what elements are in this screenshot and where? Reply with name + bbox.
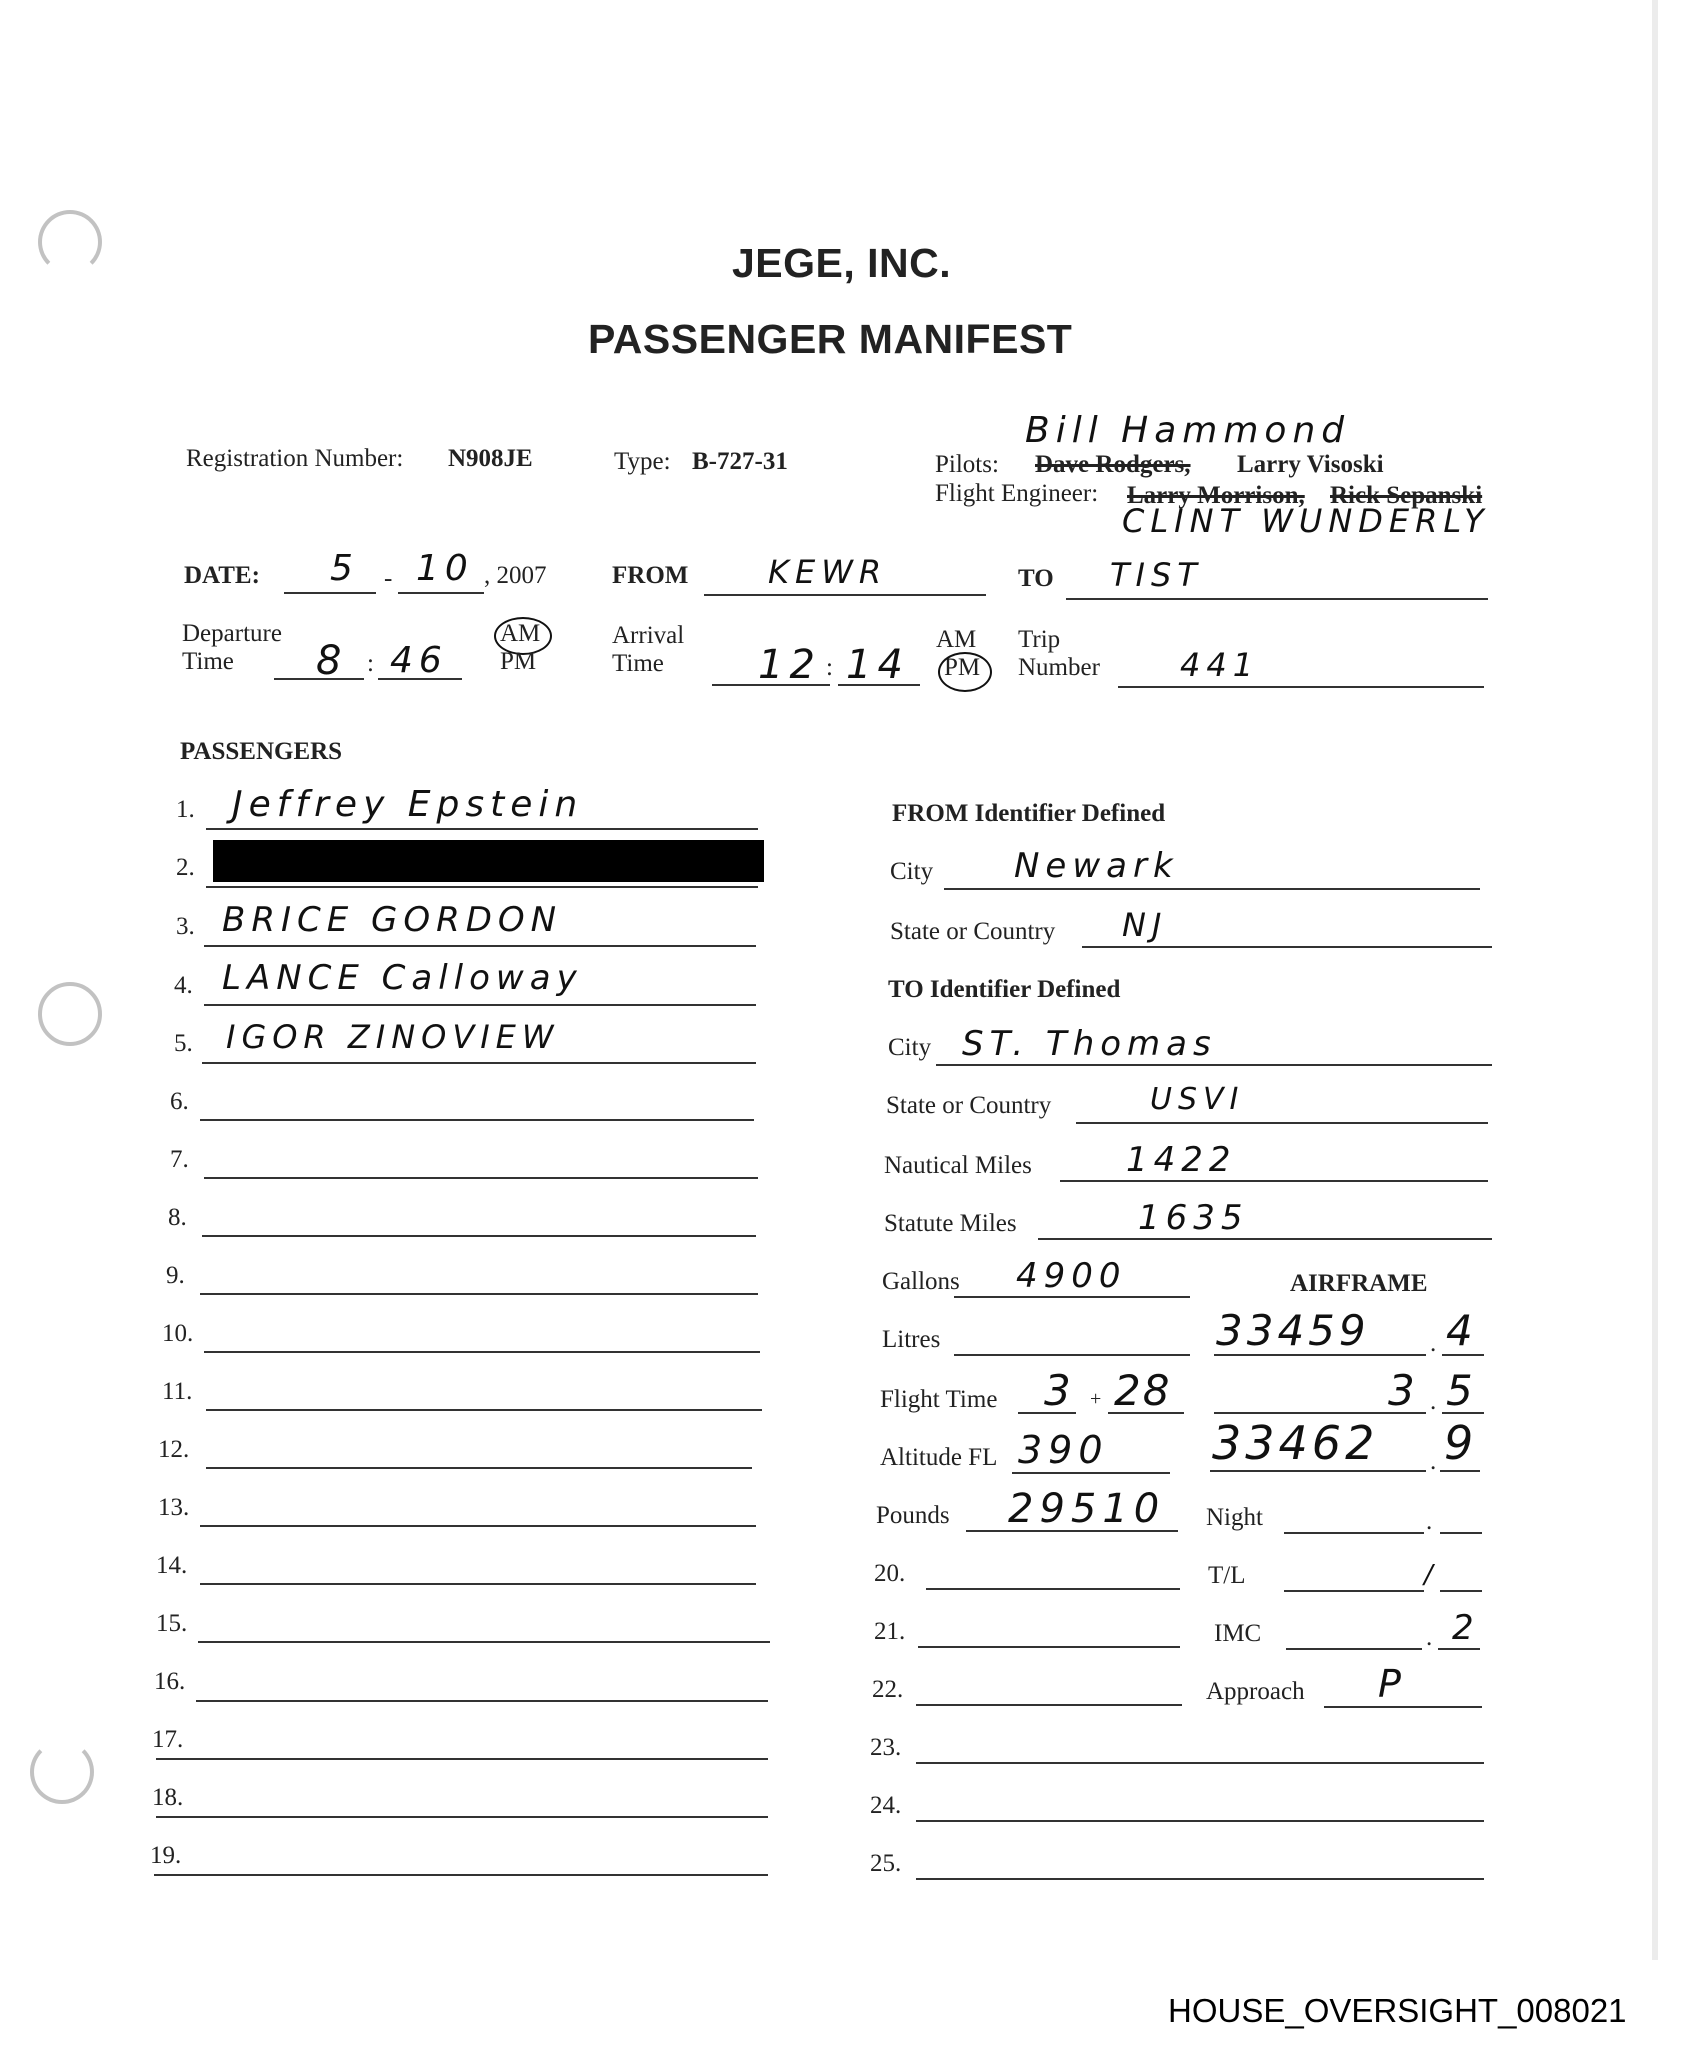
gallons-label: Gallons bbox=[882, 1268, 960, 1296]
pilot-1-struck: Dave Rodgers, bbox=[1035, 451, 1191, 479]
from-value[interactable]: KEWR bbox=[768, 553, 887, 591]
nautical-miles-label: Nautical Miles bbox=[884, 1152, 1032, 1180]
row-number: 8. bbox=[168, 1204, 187, 1232]
from-state-label: State or Country bbox=[890, 918, 1055, 946]
passenger-name[interactable]: IGOR ZINOVIEW bbox=[226, 1018, 560, 1056]
from-label: FROM bbox=[612, 562, 688, 590]
airframe-heading: AIRFRAME bbox=[1290, 1270, 1428, 1298]
flight-time-hours[interactable]: 3 bbox=[1044, 1366, 1077, 1415]
type-value: B-727-31 bbox=[692, 448, 788, 476]
row-number: 5. bbox=[174, 1030, 193, 1058]
date-label: DATE: bbox=[184, 562, 260, 590]
flight-time-minutes[interactable]: 28 bbox=[1114, 1366, 1171, 1415]
departure-hour[interactable]: 8 bbox=[316, 638, 347, 684]
arrival-time-sep: : bbox=[826, 654, 833, 682]
binder-hole-bottom bbox=[30, 1740, 94, 1804]
from-state-value[interactable]: NJ bbox=[1122, 906, 1167, 944]
departure-label-2: Time bbox=[182, 648, 234, 676]
row-number: 6. bbox=[170, 1088, 189, 1116]
statute-miles-label: Statute Miles bbox=[884, 1210, 1017, 1238]
passenger-name[interactable]: BRICE GORDON bbox=[222, 900, 562, 940]
row-number: 23. bbox=[870, 1734, 901, 1762]
passenger-name[interactable]: LANCE Calloway bbox=[222, 958, 583, 998]
night-label: Night bbox=[1206, 1504, 1263, 1532]
pilots-label: Pilots: bbox=[935, 451, 999, 479]
pilot-handwritten: Bill Hammond bbox=[1025, 410, 1350, 451]
row-number: 24. bbox=[870, 1792, 901, 1820]
decimal-point: . bbox=[1430, 1330, 1436, 1358]
from-city-value[interactable]: Newark bbox=[1014, 846, 1179, 886]
airframe-start-whole[interactable]: 33459 bbox=[1216, 1306, 1370, 1355]
arrival-pm-circled bbox=[938, 652, 992, 692]
engineer-handwritten: CLINT WUNDERLY bbox=[1122, 502, 1490, 540]
from-city-label: City bbox=[890, 858, 933, 886]
row-number: 12. bbox=[158, 1436, 189, 1464]
decimal-point: . bbox=[1430, 1388, 1436, 1416]
airframe-added-whole[interactable]: 3 bbox=[1388, 1366, 1421, 1415]
trip-label: Trip bbox=[1018, 626, 1060, 654]
imc-value[interactable]: 2 bbox=[1452, 1608, 1480, 1648]
row-number: 2. bbox=[176, 854, 195, 882]
row-number: 21. bbox=[874, 1618, 905, 1646]
to-value[interactable]: TIST bbox=[1110, 556, 1203, 594]
row-number: 20. bbox=[874, 1560, 905, 1588]
type-label: Type: bbox=[614, 448, 671, 476]
pounds-label: Pounds bbox=[876, 1502, 950, 1530]
airframe-total-decimal[interactable]: 9 bbox=[1444, 1416, 1479, 1470]
departure-minute[interactable]: 46 bbox=[390, 640, 448, 681]
passengers-heading: PASSENGERS bbox=[180, 738, 342, 766]
row-number: 19. bbox=[150, 1842, 181, 1870]
to-identifier-heading: TO Identifier Defined bbox=[888, 976, 1120, 1004]
airframe-total-whole[interactable]: 33462 bbox=[1212, 1416, 1378, 1470]
flight-time-sep: + bbox=[1090, 1388, 1101, 1411]
date-year: , 2007 bbox=[484, 562, 547, 590]
pounds-value[interactable]: 29510 bbox=[1008, 1486, 1165, 1532]
binder-hole-top bbox=[38, 210, 102, 274]
to-label: TO bbox=[1018, 565, 1054, 593]
row-number: 3. bbox=[176, 913, 195, 941]
altitude-value[interactable]: 390 bbox=[1018, 1428, 1109, 1472]
approach-label: Approach bbox=[1206, 1678, 1305, 1706]
arrival-am[interactable]: AM bbox=[936, 626, 976, 654]
airframe-added-decimal[interactable]: 5 bbox=[1446, 1366, 1479, 1415]
page-edge-shadow bbox=[1652, 0, 1658, 1960]
engineer-label: Flight Engineer: bbox=[935, 480, 1098, 508]
airframe-start-decimal[interactable]: 4 bbox=[1446, 1306, 1479, 1355]
imc-label: IMC bbox=[1214, 1620, 1261, 1648]
altitude-label: Altitude FL bbox=[880, 1444, 997, 1472]
statute-miles-value[interactable]: 1635 bbox=[1138, 1198, 1249, 1238]
registration-label: Registration Number: bbox=[186, 445, 403, 473]
row-number: 13. bbox=[158, 1494, 189, 1522]
row-number: 7. bbox=[170, 1146, 189, 1174]
to-city-label: City bbox=[888, 1034, 931, 1062]
arrival-label: Arrival bbox=[612, 622, 684, 650]
passenger-name[interactable]: Jeffrey Epstein bbox=[232, 784, 583, 825]
row-number: 4. bbox=[174, 972, 193, 1000]
from-identifier-heading: FROM Identifier Defined bbox=[892, 800, 1165, 828]
arrival-hour[interactable]: 12 bbox=[758, 642, 821, 688]
to-state-label: State or Country bbox=[886, 1092, 1051, 1120]
row-number: 9. bbox=[166, 1262, 185, 1290]
row-number: 10. bbox=[162, 1320, 193, 1348]
nautical-miles-value[interactable]: 1422 bbox=[1126, 1140, 1237, 1180]
row-number: 18. bbox=[152, 1784, 183, 1812]
tl-label: T/L bbox=[1208, 1562, 1246, 1590]
trip-label-2: Number bbox=[1018, 654, 1100, 682]
tl-value[interactable]: / bbox=[1424, 1560, 1439, 1590]
arrival-label-2: Time bbox=[612, 650, 664, 678]
date-separator: - bbox=[384, 565, 392, 593]
bates-number: HOUSE_OVERSIGHT_008021 bbox=[1168, 1992, 1627, 2030]
departure-pm[interactable]: PM bbox=[500, 648, 536, 676]
departure-label: Departure bbox=[182, 620, 282, 648]
decimal-point: . bbox=[1426, 1508, 1432, 1536]
row-number: 16. bbox=[154, 1668, 185, 1696]
to-state-value[interactable]: USVI bbox=[1150, 1082, 1244, 1117]
decimal-point: . bbox=[1426, 1624, 1432, 1652]
binder-hole-middle bbox=[38, 982, 102, 1046]
to-city-value[interactable]: ST. Thomas bbox=[962, 1024, 1217, 1064]
arrival-minute[interactable]: 14 bbox=[846, 642, 909, 688]
trip-number[interactable]: 441 bbox=[1180, 646, 1259, 684]
date-month[interactable]: 5 bbox=[330, 548, 359, 589]
redaction-bar bbox=[213, 840, 764, 882]
departure-time-sep: : bbox=[367, 650, 374, 678]
approach-value[interactable]: P bbox=[1378, 1662, 1407, 1706]
row-number: 11. bbox=[162, 1378, 192, 1406]
litres-label: Litres bbox=[882, 1326, 940, 1354]
company-name: JEGE, INC. bbox=[732, 240, 951, 287]
row-number: 25. bbox=[870, 1850, 901, 1878]
row-number: 17. bbox=[152, 1726, 183, 1754]
row-number: 14. bbox=[156, 1552, 187, 1580]
document-title: PASSENGER MANIFEST bbox=[588, 316, 1072, 363]
row-number: 1. bbox=[176, 796, 195, 824]
flight-time-label: Flight Time bbox=[880, 1386, 997, 1414]
row-number: 22. bbox=[872, 1676, 903, 1704]
gallons-value[interactable]: 4900 bbox=[1016, 1256, 1127, 1296]
registration-value: N908JE bbox=[448, 445, 533, 473]
row-number: 15. bbox=[156, 1610, 187, 1638]
decimal-point: . bbox=[1430, 1448, 1436, 1476]
date-day[interactable]: 10 bbox=[416, 548, 474, 589]
pilot-2: Larry Visoski bbox=[1237, 451, 1384, 479]
